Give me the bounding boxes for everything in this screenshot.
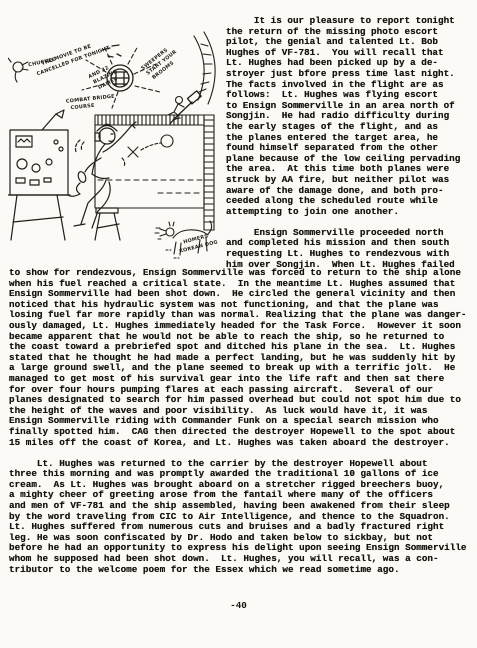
page-number: -40: [0, 600, 477, 611]
cartoon-label-combat: COMBAT BRIDGE COURSE: [66, 94, 117, 112]
cartoon-svg: THE MOVIE TO BE CANCELLED FOR TONIGHT CH…: [8, 12, 226, 264]
radio-console: [10, 110, 68, 195]
climber-figure: [168, 97, 184, 117]
article-column-text: It is our pleasure to report tonight the…: [226, 16, 474, 270]
svg-text:COURSE: COURSE: [70, 103, 95, 112]
announcer-figure: [68, 122, 137, 240]
ribbon-scrawl: [194, 32, 215, 104]
document-page: THE MOVIE TO BE CANCELLED FOR TONIGHT CH…: [0, 0, 477, 648]
cartoon-label-sweepers: SWEEPERS START YOUR BROOMS: [140, 44, 182, 83]
bench: [8, 195, 70, 240]
article-body-text: to show for rendezvous, Ensign Sommervil…: [9, 268, 473, 575]
bird-figure: [8, 58, 28, 82]
cartoon-illustration: THE MOVIE TO BE CANCELLED FOR TONIGHT CH…: [8, 12, 226, 264]
loudspeaker-icon: [107, 65, 133, 91]
